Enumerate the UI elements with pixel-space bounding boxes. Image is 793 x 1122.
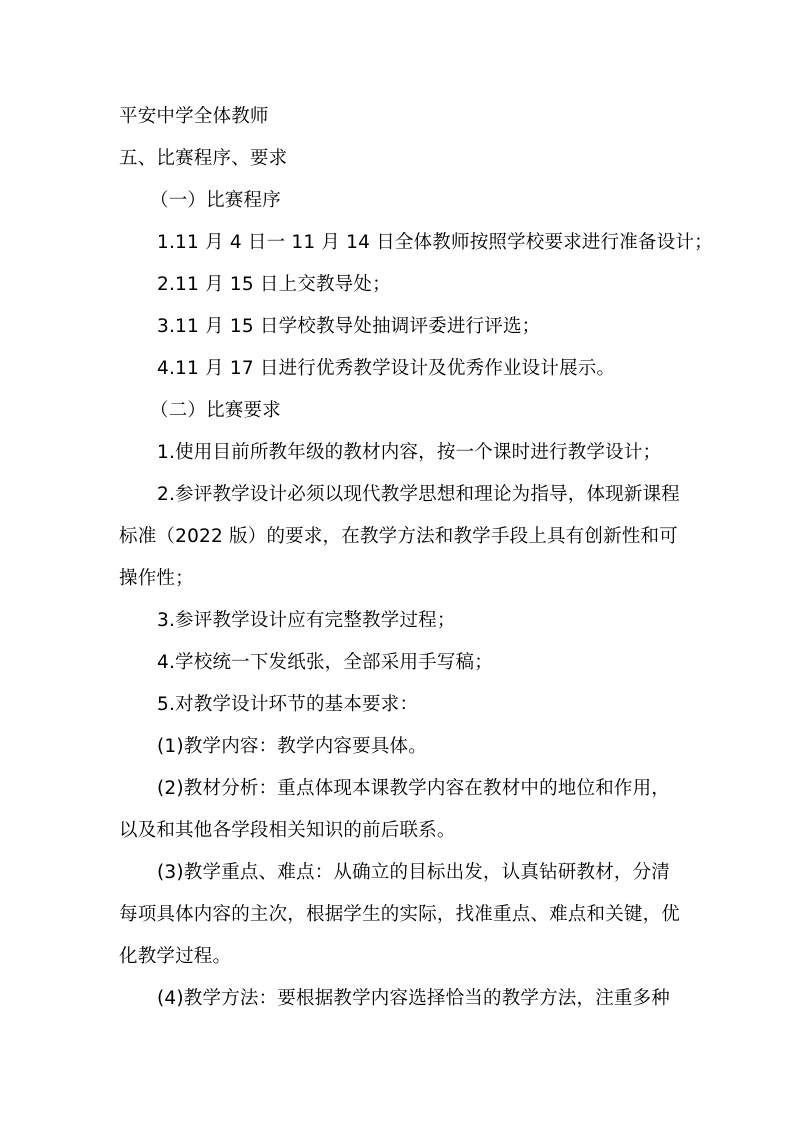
recipients-line: 平安中学全体教师 xyxy=(119,105,679,129)
procedure-item-3: 3.11 月 15 日学校教导处抽调评委进行评选； xyxy=(157,315,717,339)
requirement-item-1: 1.使用目前所教年级的教材内容，按一个课时进行教学设计； xyxy=(157,441,717,465)
design-item-key-points-cont2: 化教学过程。 xyxy=(119,945,679,969)
design-item-methods: (4)教学方法：要根据教学内容选择恰当的教学方法，注重多种 xyxy=(157,987,717,1011)
procedure-item-2: 2.11 月 15 日上交教导处； xyxy=(157,273,717,297)
design-item-content: (1)教学内容：教学内容要具体。 xyxy=(157,735,717,759)
subsection-heading-requirements: （二）比赛要求 xyxy=(150,399,710,423)
procedure-item-4: 4.11 月 17 日进行优秀教学设计及优秀作业设计展示。 xyxy=(157,357,717,381)
requirement-item-5: 5.对教学设计环节的基本要求： xyxy=(157,693,717,717)
requirement-item-3: 3.参评教学设计应有完整教学过程； xyxy=(157,609,717,633)
design-item-analysis: (2)教材分析：重点体现本课教学内容在教材中的地位和作用， xyxy=(157,777,717,801)
design-item-key-points: (3)教学重点、难点：从确立的目标出发，认真钻研教材，分清 xyxy=(157,861,717,885)
design-item-analysis-cont: 以及和其他各学段相关知识的前后联系。 xyxy=(119,819,679,843)
requirement-item-4: 4.学校统一下发纸张，全部采用手写稿； xyxy=(157,651,717,675)
requirement-item-2-cont: 标准（2022 版）的要求，在教学方法和教学手段上具有创新性和可 xyxy=(119,525,679,549)
design-item-key-points-cont: 每项具体内容的主次，根据学生的实际，找准重点、难点和关键，优 xyxy=(119,903,679,927)
requirement-item-2: 2.参评教学设计必须以现代教学思想和理论为指导，体现新课程 xyxy=(157,483,717,507)
document-page: 平安中学全体教师 五、比赛程序、要求 （一）比赛程序 1.11 月 4 日一 1… xyxy=(0,0,793,1122)
procedure-item-1: 1.11 月 4 日一 11 月 14 日全体教师按照学校要求进行准备设计； xyxy=(157,231,717,255)
requirement-item-2-cont2: 操作性； xyxy=(119,567,679,591)
section-heading: 五、比赛程序、要求 xyxy=(119,147,679,171)
subsection-heading-procedure: （一）比赛程序 xyxy=(150,189,710,213)
